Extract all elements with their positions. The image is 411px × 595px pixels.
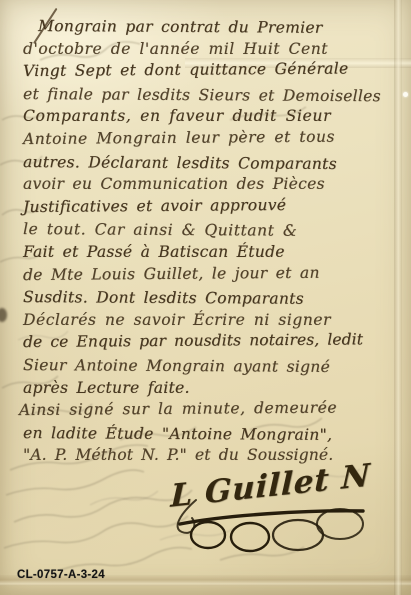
manuscript-line: Justificatives et avoir approuvé (23, 195, 403, 221)
manuscript-line: de ce Enquis par nousdits notaires, ledi… (23, 330, 403, 356)
manuscript-scan: Mongrain par contrat du Premier d'octobr… (0, 0, 411, 595)
manuscript-line: de Mte Louis Guillet, le jour et an (23, 263, 403, 289)
manuscript-line: en ladite Étude "Antoine Mongrain", (23, 424, 403, 449)
manuscript-line: Mongrain par contrat du Premier (38, 17, 403, 42)
manuscript-line: avoir eu Communication des Pièces (23, 175, 403, 198)
manuscript-line: Fait et Passé à Batiscan Étude (23, 243, 403, 266)
ink-blot-left-edge (0, 308, 7, 322)
manuscript-line: Antoine Mongrain leur père et tous (23, 127, 403, 153)
manuscript-line: et finale par lesdits Sieurs et Demoisel… (23, 85, 403, 110)
manuscript-line: Vingt Sept et dont quittance Générale (23, 59, 403, 85)
manuscript-line: Sieur Antoine Mongrain ayant signé (23, 356, 403, 381)
paper-speck (403, 92, 408, 97)
catalog-number-label: CL-0757-A-3-24 (17, 569, 105, 581)
manuscript-line: Ainsi signé sur la minute, demeurée (19, 398, 403, 424)
manuscript-line: autres. Déclarant lesdits Comparants (23, 153, 403, 178)
manuscript-line: Susdits. Dont lesdits Comparants (23, 288, 403, 313)
manuscript-text-block: Mongrain par contrat du Premier d'octobr… (23, 17, 403, 469)
manuscript-line: le tout. Car ainsi & Quittant & (23, 220, 403, 245)
signature-flourish (166, 498, 366, 562)
